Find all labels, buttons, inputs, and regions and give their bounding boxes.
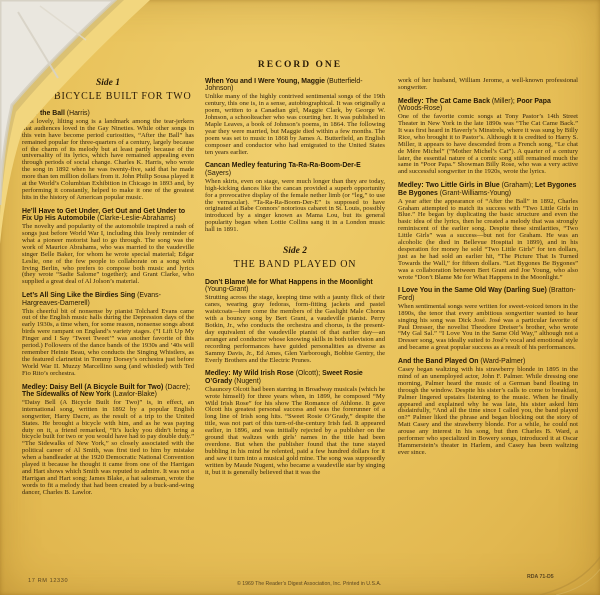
song-notes: Unlike many of the highly contrived sent… bbox=[205, 94, 385, 156]
matrix-number: 17 RM 12330 bbox=[28, 578, 68, 584]
composer-credit: (Lawlor-Blake) bbox=[113, 391, 157, 398]
continued-paragraph: work of her husband, William Jerome, a w… bbox=[398, 78, 578, 92]
song-notes: The novelty and popularity of the automo… bbox=[22, 224, 194, 286]
sleeve-crease-line bbox=[40, 6, 86, 40]
song-title: Medley: Daisy Bell (A Bicycle Built for … bbox=[22, 384, 194, 399]
song-name: Let’s All Sing Like the Birdies Sing bbox=[22, 292, 137, 299]
song-name: Cancan Medley featuring Ta-Ra-Ra-Boom-De… bbox=[205, 162, 361, 169]
song-name: When You and I Were Young, Maggie bbox=[205, 78, 327, 85]
song-name: Medley: The Cat Came Back bbox=[398, 98, 492, 105]
song-title: Don’t Blame Me for What Happens in the M… bbox=[205, 279, 385, 294]
side-header: Side 1ON A BICYCLE BUILT FOR TWO bbox=[22, 78, 194, 102]
copyright-line: © 1969 The Reader’s Digest Association, … bbox=[237, 581, 381, 587]
song-title: Medley: The Cat Came Back (Miller); Poor… bbox=[398, 98, 578, 113]
composer-credit: (Sayers) bbox=[205, 170, 231, 177]
text-column-right: work of her husband, William Jerome, a w… bbox=[398, 78, 578, 463]
song-title: When You and I Were Young, Maggie (Butte… bbox=[205, 78, 385, 93]
composer-credit: (Nugent) bbox=[234, 378, 261, 385]
jacket-crease-mark bbox=[556, 568, 600, 595]
composer-credit: (Young-Grant) bbox=[205, 286, 248, 293]
text-column-left: Side 1ON A BICYCLE BUILT FOR TWOAfter th… bbox=[22, 78, 194, 503]
song-notes: Strutting across the stage, keeping time… bbox=[205, 295, 385, 364]
song-title: Medley: Two Little Girls in Blue (Graham… bbox=[398, 182, 578, 197]
song-notes: This cheerful bit of nonsense by pianist… bbox=[22, 309, 194, 378]
composer-credit: (Woods-Rose) bbox=[398, 105, 442, 112]
composer-credit: (Graham); bbox=[502, 182, 535, 189]
song-notes: One of the favorite comic songs at Tony … bbox=[398, 114, 578, 176]
song-notes: “Daisy Bell (A Bicycle Built for Two)” i… bbox=[22, 400, 194, 497]
song-title: I Love You in the Same Old Way (Darling … bbox=[398, 287, 578, 302]
catalog-number: RDA 71-D5 bbox=[527, 574, 554, 580]
composer-credit: (Harris) bbox=[67, 110, 90, 117]
side-label: Side 2 bbox=[205, 246, 385, 256]
composer-credit: (Miller); bbox=[492, 98, 517, 105]
song-name: Don’t Blame Me for What Happens in the M… bbox=[205, 279, 373, 286]
song-title: He’ll Have to Get Under, Get Out and Get… bbox=[22, 208, 194, 223]
side-title: THE BAND PLAYED ON bbox=[205, 259, 385, 270]
song-name: And the Band Played On bbox=[398, 358, 480, 365]
song-name: The Sidewalks of New York bbox=[22, 391, 113, 398]
song-notes: When sentimental songs were written for … bbox=[398, 304, 578, 352]
song-name: I Love You in the Same Old Way (Darling … bbox=[398, 287, 549, 294]
composer-credit: (Clarke-Leslie-Abrahams) bbox=[97, 215, 176, 222]
song-title: After the Ball (Harris) bbox=[22, 110, 194, 117]
song-notes: Chauncey Olcott had been starring in Bro… bbox=[205, 387, 385, 477]
album-back-cover: RECORD ONE Side 1ON A BICYCLE BUILT FOR … bbox=[0, 0, 600, 595]
composer-credit: (Dacre); bbox=[165, 384, 190, 391]
song-notes: This lovely, lilting song is a landmark … bbox=[22, 119, 194, 202]
song-title: Cancan Medley featuring Ta-Ra-Ra-Boom-De… bbox=[205, 162, 385, 177]
song-title: And the Band Played On (Ward-Palmer) bbox=[398, 358, 578, 365]
song-title: Let’s All Sing Like the Birdies Sing (Ev… bbox=[22, 292, 194, 307]
text-column-middle: When You and I Were Young, Maggie (Butte… bbox=[205, 78, 385, 483]
song-notes: Casey began waltzing with his strawberry… bbox=[398, 367, 578, 457]
composer-credit: (Ward-Palmer) bbox=[480, 358, 525, 365]
song-name: After the Ball bbox=[22, 110, 67, 117]
song-title: Medley: My Wild Irish Rose (Olcott); Swe… bbox=[205, 370, 385, 385]
song-name: Poor Papa bbox=[517, 98, 551, 105]
side-title: ON A BICYCLE BUILT FOR TWO bbox=[22, 91, 194, 102]
song-name: Medley: My Wild Irish Rose bbox=[205, 370, 296, 377]
song-notes: When skirts, even on stage, were much lo… bbox=[205, 179, 385, 234]
record-one-title: RECORD ONE bbox=[0, 60, 600, 70]
song-name: Medley: Daisy Bell (A Bicycle Built for … bbox=[22, 384, 165, 391]
song-name: Medley: Two Little Girls in Blue bbox=[398, 182, 502, 189]
composer-credit: (Grant-Williams-Young) bbox=[440, 190, 511, 197]
side-header: Side 2THE BAND PLAYED ON bbox=[205, 246, 385, 270]
side-label: Side 1 bbox=[22, 78, 194, 88]
song-notes: A year after the appearance of “After th… bbox=[398, 199, 578, 282]
composer-credit: (Olcott); bbox=[296, 370, 322, 377]
